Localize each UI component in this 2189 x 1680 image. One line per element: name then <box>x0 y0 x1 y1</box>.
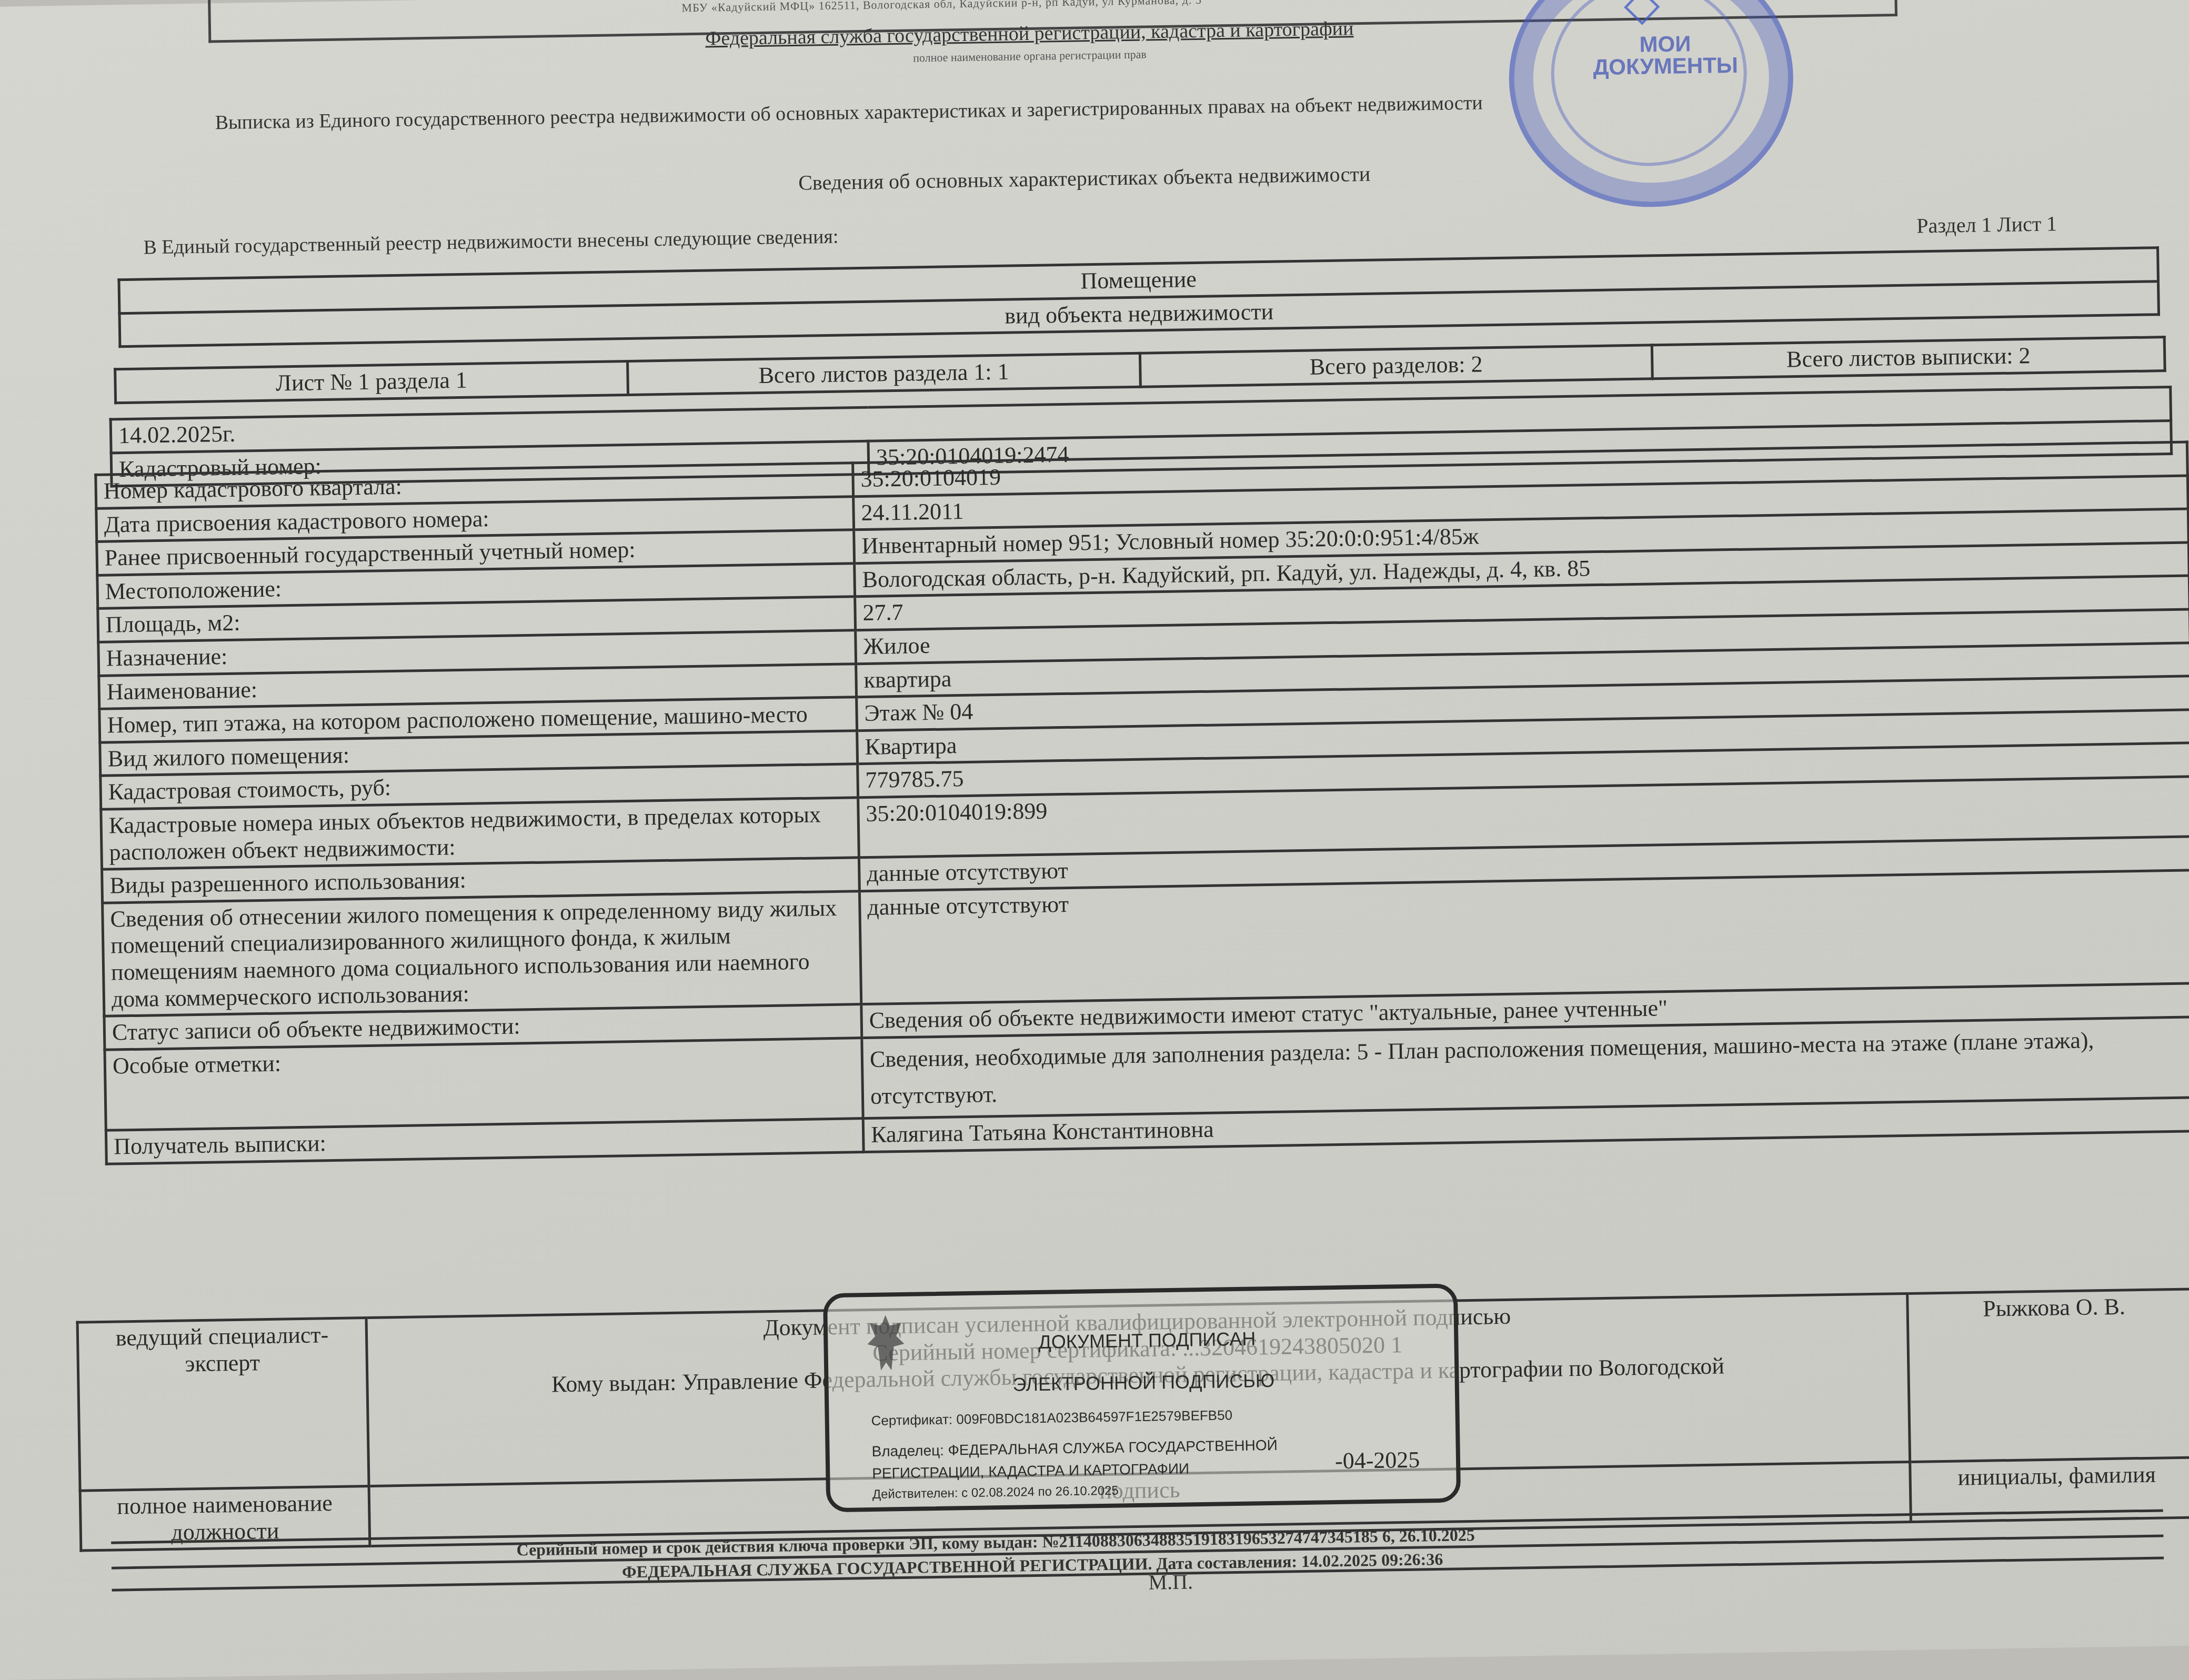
total-sections: Всего разделов: 2 <box>1140 345 1653 387</box>
seal-text-line2: ДОКУМЕНТЫ <box>1593 54 1738 78</box>
signer-position: ведущий специалист-эксперт <box>77 1318 369 1491</box>
intro-text: В Единый государственный реестр недвижим… <box>143 225 839 259</box>
seal-logo-icon: ◇ <box>1623 0 1661 31</box>
electronic-signature-stamp: ДОКУМЕНТ ПОДПИСАН ЭЛЕКТРОННОЙ ПОДПИСЬЮ С… <box>823 1283 1461 1512</box>
stamp-owner-2: РЕГИСТРАЦИИ, КАДАСТРА И КАРТОГРАФИИ <box>872 1460 1189 1482</box>
row-label: Сведения об отнесении жилого помещения к… <box>103 891 861 1016</box>
document-page: МБУ «Кадуйский МФЦ» 162511, Вологодская … <box>0 0 2189 1642</box>
total-sheets-section: Всего листов раздела 1: 1 <box>627 353 1140 395</box>
row-label: Особые отметки: <box>105 1038 863 1130</box>
coat-of-arms-icon <box>864 1312 907 1376</box>
signer-name: Рыжкова О. В. <box>1907 1289 2189 1462</box>
seal-text: МОИ ДОКУМЕНТЫ <box>1592 32 1738 78</box>
characteristics-table: Номер кадастрового квартала:35:20:010401… <box>94 440 2189 1165</box>
seal-place-mark: М.П. <box>1148 1569 1193 1594</box>
stamp-date-fragment: -04-2025 <box>1335 1446 1420 1475</box>
sheet-reference: Раздел 1 Лист 1 <box>1916 211 2057 238</box>
stamp-owner-1: Владелец: ФЕДЕРАЛЬНАЯ СЛУЖБА ГОСУДАРСТВЕ… <box>871 1437 1278 1460</box>
stamp-validity: Действителен: с 02.08.2024 по 26.10.2025 <box>872 1484 1119 1502</box>
stamp-certificate: Сертификат: 009F0BDC181A023B64597F1E2579… <box>871 1407 1232 1429</box>
stamp-title-1: ДОКУМЕНТ ПОДПИСАН <box>1038 1327 1256 1353</box>
stamp-title-2: ЭЛЕКТРОННОЙ ПОДПИСЬЮ <box>1012 1370 1274 1396</box>
row-label: Кадастровые номера иных объектов недвижи… <box>101 798 859 870</box>
sheet-number: Лист № 1 раздела 1 <box>115 361 628 403</box>
section-title: Сведения об основных характеристиках объ… <box>600 158 1569 198</box>
row-value: данные отсутствуют <box>859 870 2189 1004</box>
object-type-table: Помещение вид объекта недвижимости <box>117 246 2160 348</box>
total-sheets: Всего листов выписки: 2 <box>1652 337 2165 379</box>
